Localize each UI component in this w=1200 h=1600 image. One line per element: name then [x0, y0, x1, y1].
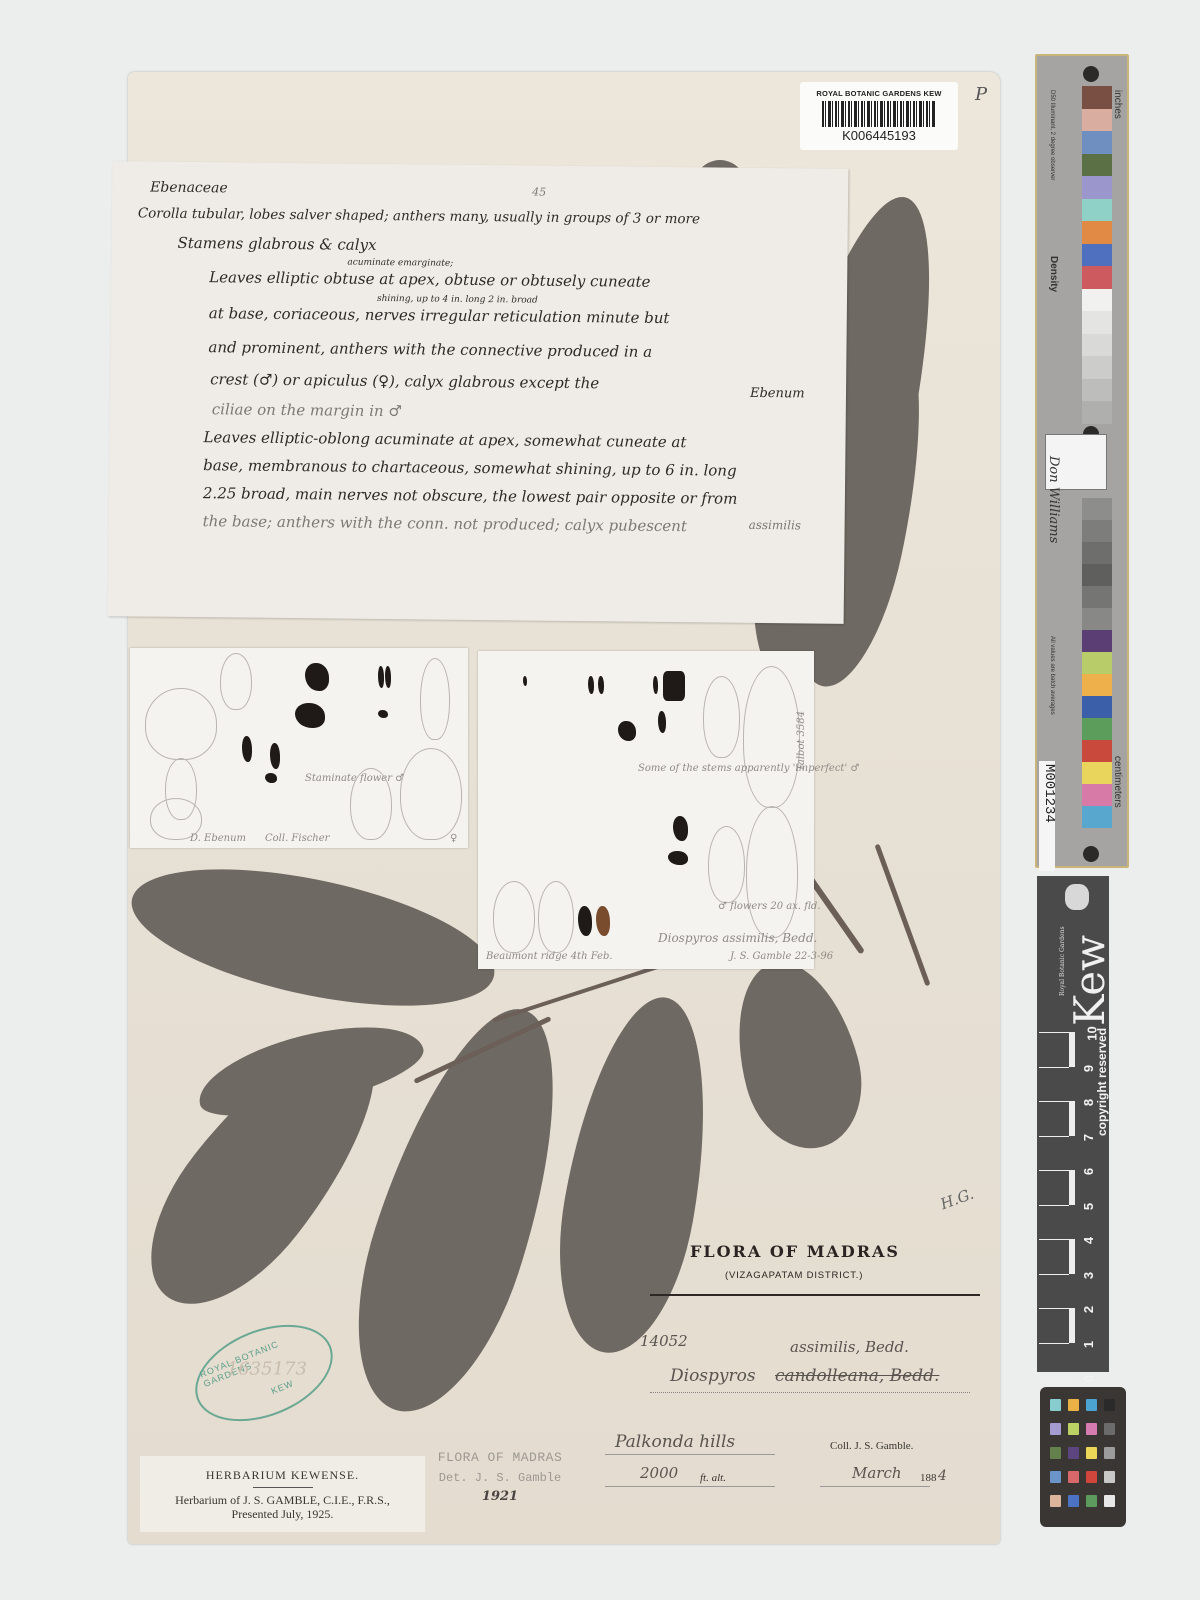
collector: Coll. J. S. Gamble. [830, 1440, 913, 1452]
checker-colour-square [1086, 1495, 1097, 1507]
label-rule [650, 1294, 980, 1296]
scale-number: 6 [1081, 1168, 1096, 1175]
handwritten-note-card: Ebenaceae Corolla tubular, lobes salver … [108, 161, 849, 624]
ruler-colour-patch [1082, 564, 1112, 586]
scale-number: 7 [1081, 1133, 1096, 1140]
note-line: base, membranous to chartaceous, somewha… [203, 456, 737, 480]
sketch-card-left: Staminate flower ♂ D. Ebenum Coll. Fisch… [130, 648, 468, 848]
checker-colour-square [1068, 1399, 1079, 1411]
barcode-institution: ROYAL BOTANIC GARDENS KEW [800, 89, 958, 98]
struck-species-name: candolleana, Bedd. [775, 1366, 939, 1386]
det-line2: Det. J. S. Gamble [430, 1471, 570, 1485]
ruler-density-label: Density [1048, 256, 1059, 292]
note-line: shining, up to 4 in. long 2 in. broad [377, 294, 538, 306]
altitude-unit: ft. alt. [700, 1472, 726, 1484]
det-year: 1921 [430, 1489, 570, 1504]
checker-colour-square [1050, 1399, 1061, 1411]
ruler-hole [1083, 846, 1099, 862]
note-line: ciliae on the margin in ♂ [212, 400, 402, 420]
kewense-rule [253, 1487, 313, 1488]
margin-note: 45 [532, 186, 546, 199]
ruler-colour-patch [1082, 740, 1112, 762]
note-line: Ebenaceae [150, 180, 228, 197]
sketch-caption: Coll. Fischer [265, 833, 329, 844]
checker-colour-square [1068, 1447, 1079, 1459]
sketch-caption: D. Ebenum [190, 833, 246, 844]
ruler-colour-patch [1082, 586, 1112, 608]
ruler-colour-patch [1082, 86, 1112, 109]
checker-colour-square [1050, 1495, 1061, 1507]
checker-colour-square [1068, 1423, 1079, 1435]
ruler-colour-patch [1082, 266, 1112, 289]
barcode-bars [822, 101, 936, 127]
checker-colour-square [1104, 1495, 1115, 1507]
ruler-colour-patch [1082, 311, 1112, 334]
scale-number: 1 [1081, 1340, 1096, 1347]
collection-year-digit: 4 [938, 1468, 947, 1484]
colour-calibration-ruler: inches centimeters D50 Illuminant, 2 deg… [1035, 54, 1129, 868]
ruler-colour-patch [1082, 498, 1112, 520]
checker-colour-square [1104, 1423, 1115, 1435]
species-annotation: assimilis, Bedd. [790, 1338, 909, 1356]
kew-subtitle: Royal Botanic Gardens [1059, 926, 1066, 996]
scale-number: 4 [1081, 1237, 1096, 1244]
scale-number: 3 [1081, 1271, 1096, 1278]
sketch-caption: J. S. Gamble 22-3-96 [730, 951, 833, 962]
stamp-bottom-text: KEW [270, 1378, 296, 1396]
ruler-hole [1083, 66, 1099, 82]
ruler-colour-patch [1082, 199, 1112, 222]
scale-tick [1039, 1205, 1069, 1206]
scale-tick [1039, 1067, 1069, 1068]
herbarium-kewense-label: HERBARIUM KEWENSE. Herbarium of J. S. GA… [140, 1456, 425, 1532]
ruler-colour-patch [1082, 652, 1112, 674]
collection-number: 14052 [640, 1332, 688, 1350]
ruler-id: M001234 [1041, 764, 1057, 823]
scale-number: 10 [1085, 1026, 1100, 1040]
checker-colour-square [1104, 1399, 1115, 1411]
ruler-colour-patch [1082, 674, 1112, 696]
scale-tick [1039, 1343, 1069, 1344]
sketch-caption: Some of the stems apparently 'imperfect'… [638, 763, 859, 774]
scale-segment [1069, 1032, 1075, 1067]
scale-tick [1039, 1377, 1069, 1378]
sketch-caption: Staminate flower ♂ [305, 773, 404, 784]
checker-colour-square [1050, 1447, 1061, 1459]
sketch-caption: Beaumont ridge 4th Feb. [486, 951, 613, 962]
scale-number: 2 [1081, 1306, 1096, 1313]
sketch-caption: Diospyros assimilis, Bedd. [658, 931, 817, 945]
colour-checker-card [1040, 1387, 1126, 1527]
stamp-number: 1635173 [227, 1359, 307, 1380]
scale-tick [1039, 1101, 1069, 1102]
note-line: at base, coriaceous, nerves irregular re… [209, 304, 670, 327]
sketch-caption: ♀ [450, 833, 457, 844]
ruler-colour-patch [1082, 806, 1112, 828]
kewense-line2: Presented July, 1925. [140, 1507, 425, 1521]
ruler-colour-patch [1082, 542, 1112, 564]
ruler-colour-patch [1082, 289, 1112, 312]
note-line: acuminate emarginate; [347, 258, 453, 269]
det-line1: FLORA OF MADRAS [430, 1450, 570, 1465]
ruler-colour-patch [1082, 244, 1112, 267]
scale-segment [1069, 1239, 1075, 1274]
kew-logo: Kew [1065, 935, 1114, 1026]
scale-number: 0 [1081, 1375, 1096, 1382]
scale-tick [1039, 1136, 1069, 1137]
scale-number: 5 [1081, 1202, 1096, 1209]
ruler-colour-patch [1082, 109, 1112, 132]
scale-segment [1069, 1101, 1075, 1136]
ruler-colour-patch [1082, 401, 1112, 424]
checker-colour-square [1086, 1423, 1097, 1435]
barcode-label: ROYAL BOTANIC GARDENS KEW K006445193 [800, 82, 958, 150]
ruler-colour-patch [1082, 131, 1112, 154]
scale-tick [1039, 1032, 1069, 1033]
kew-crest-icon [1065, 884, 1089, 910]
altitude-value: 2000 [640, 1464, 678, 1482]
scale-segment [1069, 1308, 1075, 1343]
note-line: crest (♂) or apiculus (♀), calyx glabrou… [210, 370, 599, 392]
checker-colour-square [1068, 1471, 1079, 1483]
note-line: Stamens glabrous & calyx [177, 234, 376, 254]
scale-tick [1039, 1308, 1069, 1309]
label-district: (VIZAGAPATAM DISTRICT.) [725, 1270, 863, 1281]
ruler-cm-label: centimeters [1112, 756, 1123, 808]
scale-tick [1039, 1170, 1069, 1171]
checker-colour-square [1104, 1447, 1115, 1459]
checker-colour-square [1086, 1447, 1097, 1459]
note-line: Leaves elliptic obtuse at apex, obtuse o… [209, 268, 650, 291]
checker-colour-square [1086, 1399, 1097, 1411]
flora-of-madras-label: FLORA OF MADRAS (VIZAGAPATAM DISTRICT.) … [600, 1232, 980, 1532]
kewense-line1: Herbarium of J. S. GAMBLE, C.I.E., F.R.S… [140, 1493, 425, 1507]
kewense-heading: HERBARIUM KEWENSE. [140, 1468, 425, 1483]
scale-segment [1069, 1170, 1075, 1205]
ruler-colour-patch [1082, 176, 1112, 199]
checker-colour-square [1086, 1471, 1097, 1483]
ruler-colour-patch [1082, 784, 1112, 806]
sketch-caption: ♂ flowers 20 ax. fld. [718, 901, 821, 912]
label-title: FLORA OF MADRAS [690, 1242, 900, 1261]
ruler-colour-patch [1082, 718, 1112, 740]
note-line: and prominent, anthers with the connecti… [208, 338, 652, 361]
ruler-colour-patch [1082, 356, 1112, 379]
scale-tick [1039, 1239, 1069, 1240]
ruler-brand: Don Williams [1046, 456, 1061, 543]
margin-note: assimilis [749, 518, 802, 533]
sketch-card-right: Some of the stems apparently 'imperfect'… [478, 651, 814, 969]
scale-number: 8 [1081, 1099, 1096, 1106]
checker-colour-square [1068, 1495, 1079, 1507]
checker-colour-square [1104, 1471, 1115, 1483]
checker-colour-square [1050, 1423, 1061, 1435]
barcode-number: K006445193 [800, 128, 958, 143]
kew-scale-bar: Kew Royal Botanic Gardens copyright rese… [1037, 876, 1109, 1372]
sketch-caption: Talbot 3584 [796, 711, 807, 771]
sheet-mark: P [975, 84, 987, 105]
scale-tick [1039, 1274, 1069, 1275]
ruler-colour-patch [1082, 379, 1112, 402]
ruler-colour-patch [1082, 154, 1112, 177]
ruler-colour-patch [1082, 762, 1112, 784]
ruler-note: All values are batch averages [1049, 636, 1055, 715]
note-line: 2.25 broad, main nerves not obscure, the… [203, 484, 738, 508]
genus-name: Diospyros [670, 1366, 756, 1386]
collection-month: March [852, 1464, 902, 1482]
ruler-colour-patch [1082, 334, 1112, 357]
ruler-colour-patch [1082, 696, 1112, 718]
scale-number: 9 [1081, 1064, 1096, 1071]
ruler-colour-patch [1082, 221, 1112, 244]
ruler-inches-label: inches [1112, 90, 1123, 119]
determination-stamp: FLORA OF MADRAS Det. J. S. Gamble 1921 [430, 1450, 570, 1504]
ruler-colour-patch [1082, 520, 1112, 542]
ruler-illuminant-label: D50 Illuminant, 2 degree observer [1049, 90, 1055, 180]
note-line: Corolla tubular, lobes salver shaped; an… [138, 205, 700, 227]
checker-colour-square [1050, 1471, 1061, 1483]
collection-year: 188 [920, 1472, 937, 1484]
locality: Palkonda hills [615, 1432, 735, 1452]
note-line: Leaves elliptic-oblong acuminate at apex… [203, 428, 686, 451]
copyright-text: copyright reserved [1095, 1028, 1109, 1136]
ruler-colour-patch [1082, 608, 1112, 630]
ruler-colour-patch [1082, 630, 1112, 652]
note-line: the base; anthers with the conn. not pro… [203, 512, 687, 535]
margin-note: Ebenum [750, 386, 805, 402]
